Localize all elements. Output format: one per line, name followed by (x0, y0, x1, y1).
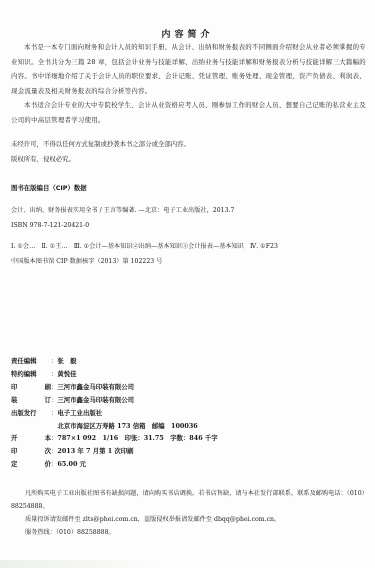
pub-label (11, 420, 51, 433)
pub-value: 张 毅 (57, 355, 76, 368)
service-hotline: 服务热线：（010）88258888。 (11, 526, 366, 539)
publication-info: 责任编辑 ： 张 毅 特约编辑 ： 黄悦佳 印刷 ： 三河市鑫金马印装有限公司 … (11, 355, 218, 471)
pub-label: 定价 (11, 458, 51, 471)
pub-label: 印刷 (11, 381, 51, 394)
complaint-email: 质量投诉请发邮件至 zlts@phei.com.cn，盗版侵权举报请发邮件至 d… (11, 513, 366, 526)
scan-artifact (0, 560, 160, 568)
pub-value: 65.00 元 (57, 458, 86, 471)
pub-row-editor: 责任编辑 ： 张 毅 (11, 355, 218, 368)
pub-label: 印次 (11, 445, 51, 458)
copyright-notice: 未经许可，不得以任何方式复制或抄袭本书之部分或全部内容。 版权所有，侵权必究。 (11, 137, 190, 167)
pub-label: 装订 (11, 394, 51, 407)
cip-heading: 图书在版编目（CIP）数据 (11, 183, 87, 192)
pub-row-binder: 装订 ： 三河市鑫金马印装有限公司 (11, 394, 218, 407)
pub-label: 开本 (11, 432, 51, 445)
publisher-contact: 凡所购买电子工业出版社图书有缺损问题，请向购买书店调换。若书店售缺，请与本社发行… (11, 487, 366, 539)
cip-isbn: ISBN 978-7-121-20421-0 (11, 218, 278, 233)
copyright-line-1: 未经许可，不得以任何方式复制或抄袭本书之部分或全部内容。 (11, 137, 190, 152)
cip-record-number: 中国版本图书馆 CIP 数据核字（2013）第 102223 号 (11, 256, 162, 265)
pub-label: 责任编辑 (11, 355, 51, 368)
pub-row-publisher: 出版发行 ： 电子工业出版社 (11, 407, 218, 420)
summary-title: 内容简介 (0, 27, 375, 40)
cip-data: 会计、出纳、财务报表实用全书 / 王言等编著. —北京：电子工业出版社，2013… (11, 203, 278, 254)
pub-row-special-editor: 特约编辑 ： 黄悦佳 (11, 368, 218, 381)
pub-value: 三河市鑫金马印装有限公司 (57, 381, 134, 394)
pub-label: 出版发行 (11, 407, 51, 420)
pub-row-format: 开本 ： 787×1 092 1/16 印张：31.75 字数：846 千字 (11, 432, 218, 445)
pub-value: 北京市海淀区万寿路 173 信箱 邮编 100036 (57, 420, 197, 433)
pub-row-price: 定价 ： 65.00 元 (11, 458, 218, 471)
pub-row-printer: 印刷 ： 三河市鑫金马印装有限公司 (11, 381, 218, 394)
summary-paragraph-1: 本书是一本专门面向财务和会计人员的知识手册，从会计、出纳和财务报表的不同侧面介绍… (11, 40, 366, 98)
pub-label: 特约编辑 (11, 368, 51, 381)
pub-row-printing: 印次 ： 2013 年 7 月第 1 次印刷 (11, 445, 218, 458)
summary-paragraph-2: 本书适合会计专业的大中专院校学生、会计从业资格应考人员、刚参加工作的财会人员、想… (11, 98, 366, 127)
copyright-page: 内容简介 本书是一本专门面向财务和会计人员的知识手册，从会计、出纳和财务报表的不… (0, 0, 375, 568)
pub-value: 三河市鑫金马印装有限公司 (57, 394, 134, 407)
cip-entry: 会计、出纳、财务报表实用全书 / 王言等编著. —北京：电子工业出版社，2013… (11, 203, 278, 218)
purchase-notice: 凡所购买电子工业出版社图书有缺损问题，请向购买书店调换。若书店售缺，请与本社发行… (11, 487, 366, 513)
summary-text: 本书是一本专门面向财务和会计人员的知识手册，从会计、出纳和财务报表的不同侧面介绍… (11, 40, 366, 127)
pub-value: 2013 年 7 月第 1 次印刷 (57, 445, 133, 458)
pub-row-address: ： 北京市海淀区万寿路 173 信箱 邮编 100036 (11, 420, 218, 433)
pub-value: 黄悦佳 (57, 368, 76, 381)
pub-value: 电子工业出版社 (57, 407, 102, 420)
copyright-line-2: 版权所有，侵权必究。 (11, 152, 190, 167)
cip-subjects: Ⅰ. ①会… Ⅱ. ①王… Ⅲ. ①会计—基本知识②出纳—基本知识③会计报表—基… (11, 239, 278, 254)
pub-value: 787×1 092 1/16 印张：31.75 字数：846 千字 (57, 432, 217, 445)
